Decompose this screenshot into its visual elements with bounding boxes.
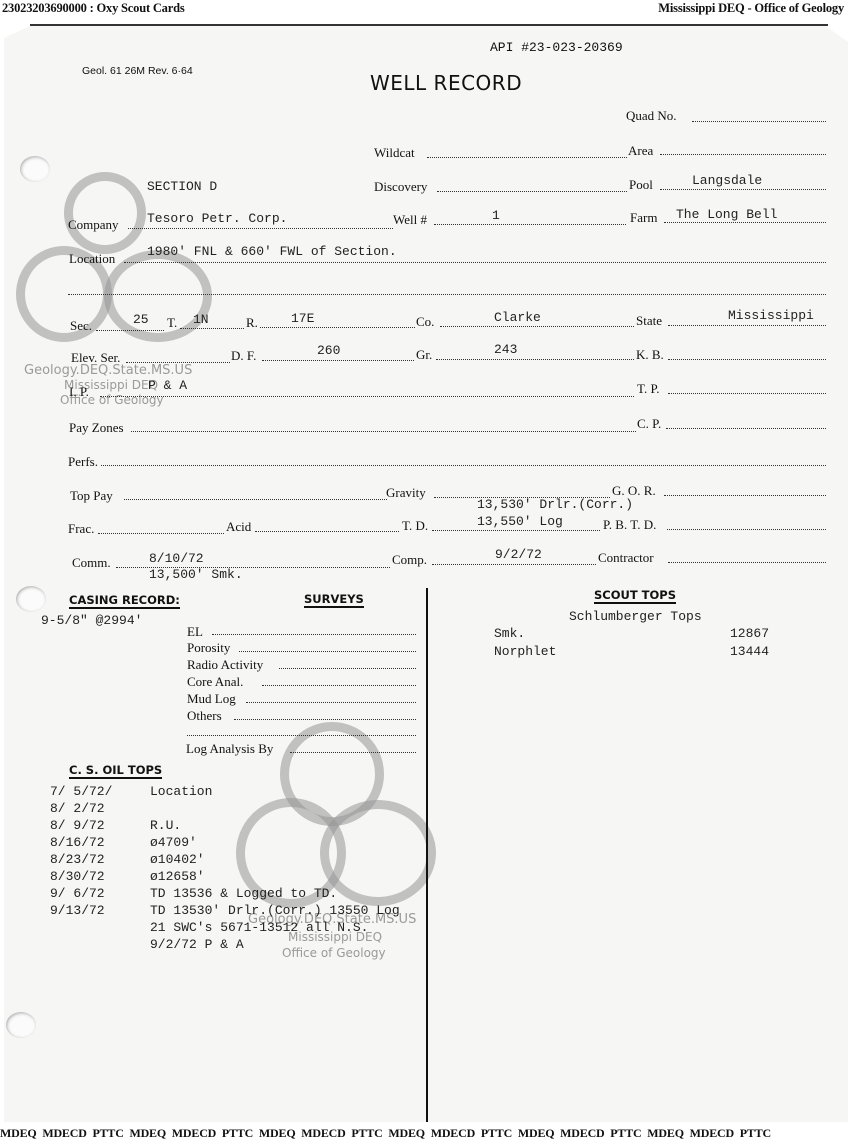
ip-label: I. P. [69,384,89,400]
log-note: ø10402' [150,852,205,867]
pool-field[interactable] [660,189,826,190]
township-value: 1N [193,312,209,327]
state-value: Mississippi [728,308,814,323]
contractor-label: Contractor [598,550,654,566]
farm-label: Farm [630,210,657,226]
location-continued-field[interactable] [68,294,826,295]
scout-tops-subheading: Schlumberger Tops [569,609,702,624]
top-pay-label: Top Pay [70,488,113,504]
watermark-ring-icon [64,172,146,254]
elev-ser-field[interactable] [126,362,230,363]
survey-core-anal-field[interactable] [262,685,416,686]
range-value: 17E [291,311,314,326]
ip-field[interactable] [100,396,634,397]
comm-value: 8/10/72 [149,551,204,566]
scout-top-name: Smk. [494,626,525,641]
well-number-field[interactable] [434,224,626,225]
log-date: 7/ 5/72/ [50,784,112,799]
comp-field[interactable] [432,564,596,565]
pool-value: Langsdale [692,173,762,188]
discovery-label: Discovery [374,179,427,195]
quad-no-label: Quad No. [626,108,677,124]
cp-field[interactable] [666,428,826,429]
watermark-ring-icon [320,800,436,906]
scout-top-depth: 12867 [730,626,769,641]
sec-value: 25 [133,312,149,327]
sec-label: Sec. [70,318,92,334]
column-divider [426,588,428,1122]
df-value: 260 [317,343,340,358]
log-analysis-by-label: Log Analysis By [186,741,273,757]
county-label: Co. [416,314,434,330]
document-id-header: 23023203690000 : Oxy Scout Cards [2,1,185,16]
contractor-field[interactable] [668,562,826,563]
log-analysis-by-field[interactable] [290,752,416,753]
scout-top-name: Norphlet [494,644,556,659]
gr-value: 243 [494,342,517,357]
pool-label: Pool [629,177,653,193]
pbtd-field[interactable] [667,529,826,530]
comp-label: Comp. [392,552,427,568]
gr-label: Gr. [416,347,432,363]
punch-hole-icon [16,586,46,612]
range-field[interactable] [260,327,415,328]
frac-field[interactable] [98,533,224,534]
comm-label: Comm. [72,555,111,571]
log-date: 8/23/72 [50,852,105,867]
log-date: 9/13/72 [50,903,105,918]
acid-field[interactable] [255,531,399,532]
township-field[interactable] [180,328,244,329]
area-label: Area [628,143,653,159]
pbtd-label: P. B. T. D. [603,517,656,533]
county-field[interactable] [440,326,634,327]
survey-el-field[interactable] [212,634,416,635]
log-date: 8/ 9/72 [50,818,105,833]
watermark-office: Office of Geology [282,946,386,960]
survey-mud-log-field[interactable] [246,702,416,703]
survey-porosity-field[interactable] [239,651,416,652]
survey-radio-activity-label: Radio Activity [187,657,263,673]
log-note: TD 13536 & Logged to TD. [150,886,337,901]
survey-others-label: Others [187,708,222,724]
survey-mud-log-label: Mud Log [187,691,236,707]
punch-hole-icon [20,156,50,182]
log-note: R.U. [150,818,181,833]
surveys-heading: SURVEYS [304,592,364,608]
survey-radio-activity-field[interactable] [279,668,416,669]
casing-record-heading: CASING RECORD: [69,593,180,609]
location-value: 1980' FNL & 660' FWL of Section. [147,244,397,259]
location-label: Location [69,251,115,267]
log-note: 21 SWC's 5671-13512 all N.S. [150,920,368,935]
agency-header: Mississippi DEQ - Office of Geology [658,1,844,16]
cp-label: C. P. [637,416,661,432]
company-value: Tesoro Petr. Corp. [147,211,287,226]
footer-agency-strip: MDEQ MDECD PTTC MDEQ MDECD PTTC MDEQ MDE… [0,1126,850,1141]
df-field[interactable] [262,360,414,361]
survey-others-field[interactable] [234,719,416,720]
log-date: 8/ 2/72 [50,801,105,816]
kb-field[interactable] [668,359,826,360]
log-note: TD 13530' Drlr.(Corr.) 13550 Log [150,903,400,918]
scout-tops-heading: SCOUT TOPS [594,588,676,604]
frac-label: Frac. [68,521,94,537]
comm-note: 13,500' Smk. [149,567,243,582]
df-label: D. F. [231,348,256,364]
td-driller-value: 13,530' Drlr.(Corr.) [477,497,633,512]
punch-hole-icon [6,1012,36,1038]
survey-el-label: EL [187,624,203,640]
farm-value: The Long Bell [676,207,777,222]
log-note: 9/2/72 P & A [150,937,244,952]
ip-value: P & A [148,378,187,393]
casing-entry: 9-5/8" @2994' [41,613,142,628]
area-field[interactable] [660,154,826,155]
tp-field[interactable] [668,393,826,394]
kb-label: K. B. [636,347,664,363]
perfs-field[interactable] [101,465,826,466]
state-label: State [636,313,662,329]
td-log-value: 13,550' Log [477,514,563,529]
location-field[interactable] [124,262,826,263]
gr-field[interactable] [436,359,634,360]
td-field[interactable] [432,530,600,531]
gravity-label: Gravity [386,485,426,501]
comp-value: 9/2/72 [495,547,542,562]
log-date: 8/30/72 [50,869,105,884]
county-value: Clarke [494,310,541,325]
api-number: API #23-023-20369 [490,40,623,55]
form-number: Geol. 61 26M Rev. 6·64 [82,65,193,77]
pay-zones-label: Pay Zones [69,420,124,436]
log-date: 8/16/72 [50,835,105,850]
td-label: T. D. [402,518,428,534]
discovery-field[interactable] [437,191,627,192]
card-top-edge [30,24,828,26]
scout-top-depth: 13444 [730,644,769,659]
acid-label: Acid [226,519,251,535]
wildcat-field[interactable] [427,157,627,158]
log-date: 9/ 6/72 [50,886,105,901]
survey-core-anal-label: Core Anal. [187,674,243,690]
log-note: ø12658' [150,869,205,884]
township-label: T. [167,315,177,331]
page-title: WELL RECORD [370,71,522,95]
perfs-label: Perfs. [68,454,98,470]
log-note: Location [150,784,212,799]
top-pay-field[interactable] [124,499,387,500]
gor-field[interactable] [664,495,826,496]
pay-zones-field[interactable] [131,431,636,432]
elev-ser-label: Elev. Ser. [71,350,120,366]
company-field[interactable] [128,228,393,229]
range-label: R. [246,315,258,331]
well-number-value: 1 [492,208,500,223]
well-number-label: Well # [393,212,427,228]
company-label: Company [68,217,119,233]
survey-blank-field[interactable] [187,735,416,736]
cs-oil-tops-heading: C. S. OIL TOPS [69,763,162,779]
section-label: SECTION D [147,179,217,194]
tp-label: T. P. [637,381,660,397]
log-note: ø4709' [150,835,197,850]
state-field[interactable] [668,325,826,326]
survey-porosity-label: Porosity [187,640,230,656]
wildcat-label: Wildcat [374,145,415,161]
quad-no-field[interactable] [692,121,826,122]
sec-field[interactable] [96,330,164,331]
farm-field[interactable] [664,222,826,223]
